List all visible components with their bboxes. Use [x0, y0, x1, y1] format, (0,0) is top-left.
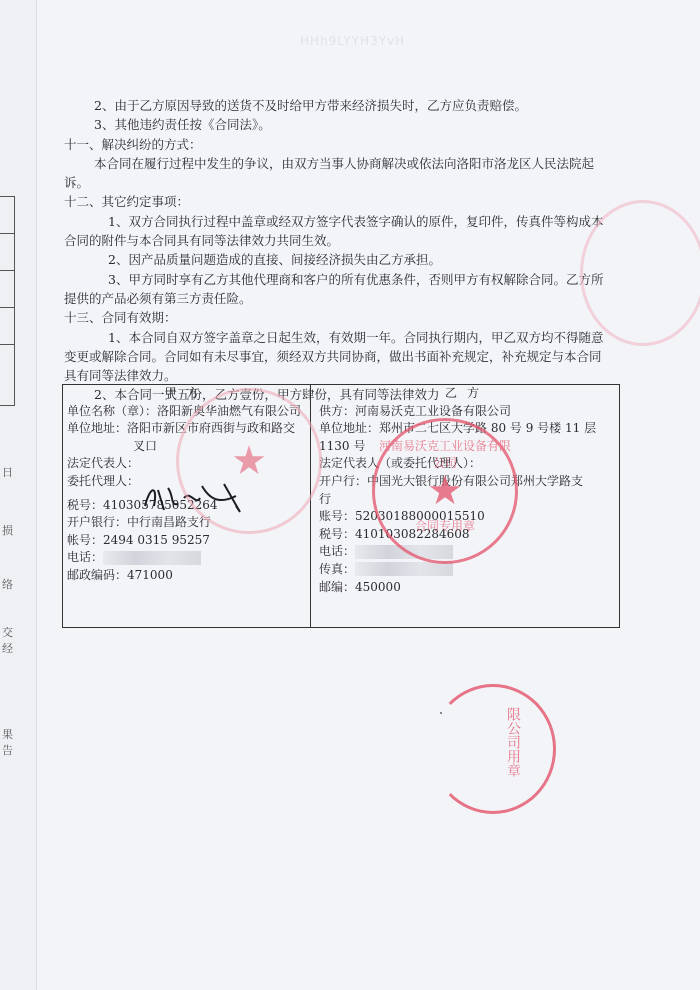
party-b-supplier: 供方：河南易沃克工业设备有限公司 [319, 403, 615, 421]
party-b-fax: 传真： [319, 561, 615, 579]
redacted-phone [103, 551, 201, 565]
speck [440, 712, 442, 714]
section-heading: 十三、合同有效期： [64, 308, 604, 327]
adjacent-page-char: 日 [2, 464, 13, 480]
party-a-legal-rep: 法定代表人： [67, 455, 306, 473]
party-a-address-cont: 叉口 [67, 438, 306, 456]
party-b-legal-rep: 法定代表人（或委托代理人）： [319, 455, 615, 473]
party-b-bank-cont: 行 [319, 491, 615, 509]
party-a-header: 甲方 [67, 385, 306, 403]
clause: 1、本合同自双方签字盖章之日起生效，有效期一年。合同执行期内，甲乙双方均不得随意… [64, 328, 604, 386]
partial-seal: 限公司用章 [430, 684, 556, 814]
party-b-column: 乙方 供方：河南易沃克工业设备有限公司 单位地址：郑州市二七区大学路 80 号 … [311, 385, 619, 627]
clause: 1、双方合同执行过程中盖章或经双方签字代表签字确认的原件，复印件，传真件等构成本… [64, 212, 604, 251]
adjacent-page-char: 经 [2, 640, 13, 656]
party-b-address-cont: 1130 号 [319, 438, 615, 456]
party-b-address: 单位地址：郑州市二七区大学路 80 号 9 号楼 11 层 [319, 420, 615, 438]
clause: 2、由于乙方原因导致的送货不及时给甲方带来经济损失时，乙方应负责赔偿。 [64, 96, 604, 115]
party-a-name: 单位名称（章）：洛阳新奥华油燃气有限公司 [67, 403, 306, 421]
party-a-account: 帐号：2494 0315 95257 [67, 532, 306, 550]
adjacent-table-row [0, 197, 14, 234]
adjacent-table-row [0, 234, 14, 271]
clause: 2、因产品质量问题造成的直接、间接经济损失由乙方承担。 [64, 250, 604, 269]
clause: 本合同在履行过程中发生的争议，由双方当事人协商解决或依法向洛阳市洛龙区人民法院起… [64, 154, 604, 193]
clause: 3、甲方同时享有乙方其他代理商和客户的所有优惠条件，否则甲方有权解除合同。乙方所… [64, 270, 604, 309]
party-b-tax-no: 税号：410103082284608 [319, 526, 615, 544]
party-a-address: 单位地址：洛阳市新区市府西街与政和路交 [67, 420, 306, 438]
adjacent-table-row [0, 308, 14, 345]
adjacent-page-table [0, 196, 15, 406]
adjacent-table-row [0, 345, 14, 381]
party-b-account: 账号：52030188000015510 [319, 508, 615, 526]
party-b-postal: 邮编：450000 [319, 579, 615, 597]
party-b-bank: 开户行：中国光大银行股份有限公司郑州大学路支 [319, 473, 615, 491]
section-heading: 十一、解决纠纷的方式： [64, 135, 604, 154]
adjacent-page-char: 损 [2, 522, 13, 538]
adjacent-page-char: 告 [2, 742, 13, 758]
bleed-through-text: HHh9LYYH3YvH [300, 34, 405, 48]
party-b-header: 乙方 [319, 385, 615, 403]
faded-seal [580, 200, 700, 346]
adjacent-table-row [0, 271, 14, 308]
seal-text: 限公司用章 [503, 707, 523, 777]
party-a-phone: 电话： [67, 549, 306, 567]
redacted-phone [355, 545, 453, 559]
adjacent-page-char: 交 [2, 624, 13, 640]
section-heading: 十二、其它约定事项： [64, 192, 604, 211]
handwritten-signature [140, 476, 250, 516]
party-b-phone: 电话： [319, 543, 615, 561]
page-fold-line [36, 0, 37, 990]
adjacent-page-char: 络 [2, 576, 13, 592]
adjacent-page-strip [0, 0, 36, 990]
contract-clauses: 2、由于乙方原因导致的送货不及时给甲方带来经济损失时，乙方应负责赔偿。 3、其他… [64, 96, 604, 405]
clause: 3、其他违约责任按《合同法》。 [64, 115, 604, 134]
redacted-fax [355, 562, 453, 576]
party-a-bank: 开户银行：中行南昌路支行 [67, 514, 306, 532]
adjacent-page-char: 果 [2, 726, 13, 742]
party-a-postal: 邮政编码：471000 [67, 567, 306, 585]
